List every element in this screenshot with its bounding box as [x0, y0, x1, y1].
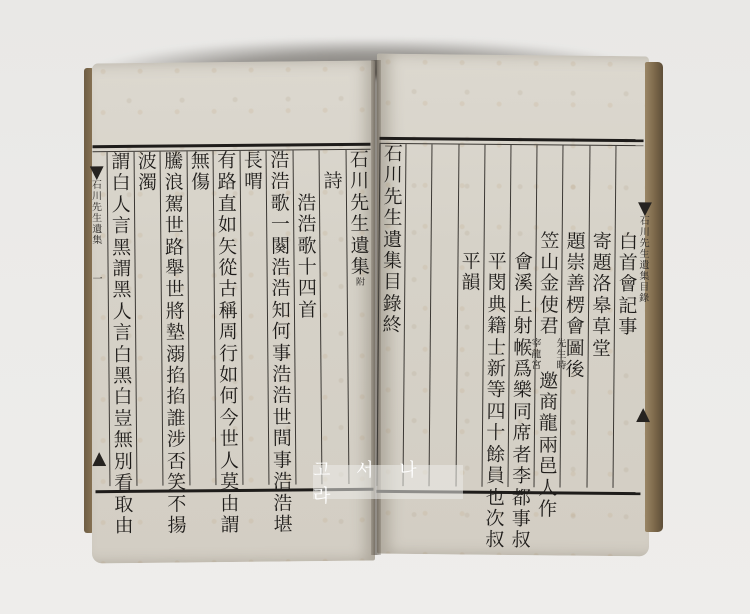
block-center-page-marker: 一 — [93, 274, 103, 285]
glyph: 樂 — [510, 380, 534, 402]
glyph: 遺 — [348, 235, 372, 257]
glyph: 看 — [112, 473, 136, 495]
glyph: 謂 — [109, 152, 133, 174]
glyph: 也 — [483, 487, 507, 509]
text-column: 寄題洛皋草堂 — [586, 146, 616, 488]
glyph: 取 — [112, 494, 136, 516]
glyph: 宰 — [524, 338, 548, 349]
glyph: 何 — [269, 322, 293, 344]
glyph: 新 — [484, 359, 508, 381]
glyph: 事 — [509, 509, 533, 531]
glyph: 平 — [459, 252, 483, 274]
glyph: 崇 — [564, 253, 588, 275]
glyph: 直 — [215, 194, 239, 216]
glyph: 四 — [295, 279, 319, 301]
glyph: 如 — [215, 215, 239, 237]
right-text-frame: 石川先生遺集目錄終 平韻 平閔典籍士新等四十餘員也次叔 會溪上射帿爲樂同席者李都… — [376, 137, 643, 495]
fishtail-top-icon — [90, 166, 104, 180]
right-columns: 石川先生遺集目錄終 平韻 平閔典籍士新等四十餘員也次叔 會溪上射帿爲樂同席者李都… — [380, 140, 644, 142]
text-column: 平韻 — [455, 145, 485, 487]
glyph: 浩 — [269, 258, 293, 280]
glyph: 射 — [511, 316, 535, 338]
glyph: 叔 — [483, 530, 507, 552]
block-center-title: 石川先生遺集目錄 — [639, 216, 650, 304]
glyph: 言 — [109, 216, 133, 238]
glyph: 同 — [510, 402, 534, 424]
glyph: 石 — [381, 144, 405, 166]
glyph: 寄 — [590, 231, 614, 253]
glyph: 間 — [270, 429, 294, 451]
glyph: 古 — [216, 279, 240, 301]
glyph: 都 — [509, 488, 533, 510]
glyph: 金 — [537, 274, 561, 296]
glyph: 不 — [165, 494, 189, 516]
glyph: 駕 — [162, 194, 186, 216]
glyph: 濁 — [135, 173, 159, 195]
glyph: 事 — [269, 343, 293, 365]
glyph: 邑 — [536, 457, 560, 479]
glyph: 涉 — [164, 430, 188, 452]
glyph: 知 — [269, 300, 293, 322]
glyph: 浩 — [271, 472, 295, 494]
glyph: 川 — [347, 171, 371, 193]
glyph: 浪 — [162, 173, 186, 195]
glyph: 平 — [485, 252, 509, 274]
glyph: 員 — [483, 466, 507, 488]
glyph: 集 — [380, 251, 404, 273]
glyph: 矢 — [216, 237, 240, 259]
glyph: 楞 — [563, 295, 587, 317]
left-columns: 謂白人言黑謂黑人言白黑白豈無別看取由波濁騰浪駕世路舉世將墊溺掐掐誰涉否笑不揚無傷… — [93, 146, 371, 148]
left-block-center: 石川先生遺集 一 — [89, 166, 108, 466]
glyph: 稱 — [216, 301, 240, 323]
annotation-note: 附 — [356, 278, 365, 288]
glyph: 溺 — [163, 344, 187, 366]
glyph: 善 — [564, 274, 588, 296]
glyph: 龍 — [536, 414, 560, 436]
glyph: 浩 — [270, 365, 294, 387]
glyph: 掐 — [164, 387, 188, 409]
glyph: 圖 — [563, 338, 587, 360]
text-column: 石川先生遺集附 — [345, 150, 375, 484]
glyph: 有 — [215, 151, 239, 173]
text-column: 浩浩歌一闋浩浩知何事浩浩世間事浩浩堪 — [266, 150, 296, 484]
glyph: 堪 — [271, 514, 295, 536]
glyph: 浩 — [271, 493, 295, 515]
glyph: 堂 — [589, 338, 613, 360]
glyph: 歌 — [295, 236, 319, 258]
glyph: 將 — [163, 301, 187, 323]
glyph: 題 — [564, 231, 588, 253]
glyph: 集 — [348, 257, 372, 279]
text-column — [429, 144, 459, 486]
glyph: 浩 — [295, 214, 319, 236]
glyph: 商 — [536, 392, 560, 414]
text-column: 浩浩歌十四首 — [292, 150, 322, 484]
watermark: 고 서 나 라 — [313, 465, 463, 499]
glyph: 莫 — [218, 472, 242, 494]
glyph: 謂 — [218, 515, 242, 537]
glyph: 使 — [537, 295, 561, 317]
glyph: 騰 — [162, 151, 186, 173]
glyph: 揚 — [165, 515, 189, 537]
glyph: 川 — [381, 165, 405, 187]
text-column: 笠山金使君先生時宰龍宮邀商龍兩邑人作 — [534, 145, 564, 487]
fishtail-top-icon — [638, 202, 652, 216]
glyph: 無 — [188, 151, 212, 173]
glyph: 誰 — [164, 408, 188, 430]
glyph: 皋 — [590, 296, 614, 318]
right-block-center: 石川先生遺集目錄 — [635, 202, 653, 422]
glyph: 否 — [164, 451, 188, 473]
glyph: 山 — [538, 252, 562, 274]
glyph: 世 — [217, 429, 241, 451]
glyph: 如 — [217, 365, 241, 387]
text-column: 無傷 — [186, 151, 216, 485]
glyph: 草 — [589, 317, 613, 339]
glyph: 墊 — [163, 323, 187, 345]
glyph: 上 — [511, 295, 535, 317]
glyph: 李 — [510, 466, 534, 488]
glyph: 兩 — [536, 435, 560, 457]
text-column: 有路直如矢從古稱周行如何今世人莫由謂 — [213, 151, 243, 485]
glyph: 洛 — [590, 274, 614, 296]
text-column: 平閔典籍士新等四十餘員也次叔 — [481, 145, 511, 487]
glyph: 黑 — [110, 237, 134, 259]
glyph: 目 — [380, 272, 404, 294]
glyph: 黑 — [111, 366, 135, 388]
fishtail-bottom-icon — [92, 452, 106, 466]
glyph: 籍 — [485, 316, 509, 338]
glyph: 生 — [348, 214, 372, 236]
glyph: 石 — [347, 150, 371, 172]
glyph: 波 — [135, 152, 159, 174]
glyph: 事 — [270, 450, 294, 472]
glyph: 人 — [109, 195, 133, 217]
glyph: 龍 — [524, 349, 548, 360]
text-column: 題崇善楞會圖後 — [560, 145, 590, 487]
glyph: 謂 — [110, 259, 134, 281]
left-text-frame: 石川先生遺集 一 謂白人言黑謂黑人言白黑白豈無別看取由波濁騰浪駕世路舉世將墊溺掐… — [92, 143, 373, 493]
text-column: 詩 — [319, 150, 349, 484]
glyph: 一 — [268, 215, 292, 237]
glyph: 世 — [270, 407, 294, 429]
glyph: 言 — [110, 323, 134, 345]
glyph: 何 — [217, 386, 241, 408]
glyph: 舉 — [163, 258, 187, 280]
glyph: 後 — [563, 360, 587, 382]
glyph: 生 — [381, 208, 405, 230]
glyph: 行 — [216, 344, 240, 366]
glyph: 闋 — [269, 236, 293, 258]
fishtail-bottom-icon — [636, 408, 650, 422]
glyph: 邀 — [537, 371, 561, 393]
glyph: 四 — [484, 402, 508, 424]
glyph: 白 — [109, 173, 133, 195]
glyph: 由 — [112, 516, 136, 538]
glyph: 今 — [217, 408, 241, 430]
glyph: 典 — [485, 295, 509, 317]
glyph: 次 — [483, 509, 507, 531]
glyph: 人 — [110, 302, 134, 324]
glyph: 會 — [563, 317, 587, 339]
glyph: 君 — [537, 316, 561, 338]
glyph: 十 — [484, 423, 508, 445]
glyph: 別 — [111, 452, 135, 474]
glyph: 席 — [510, 423, 534, 445]
glyph: 韻 — [459, 273, 483, 295]
glyph: 等 — [484, 380, 508, 402]
glyph: 浩 — [268, 172, 292, 194]
glyph: 浩 — [268, 150, 292, 172]
glyph: 先 — [381, 187, 405, 209]
glyph: 餘 — [484, 444, 508, 466]
text-column: 騰浪駕世路舉世將墊溺掐掐誰涉否笑不揚 — [160, 151, 190, 485]
glyph: 終 — [380, 315, 404, 337]
glyph: 世 — [162, 216, 186, 238]
block-center-title: 石川先生遺集 — [92, 180, 103, 246]
glyph: 笠 — [538, 231, 562, 253]
glyph: 浩 — [269, 279, 293, 301]
glyph: 由 — [218, 493, 242, 515]
text-column: 謂白人言黑謂黑人言白黑白豈無別看取由 — [107, 152, 137, 486]
open-book: 石川先生遺集 一 謂白人言黑謂黑人言白黑白豈無別看取由波濁騰浪駕世路舉世將墊溺掐… — [0, 0, 750, 614]
glyph: 黑 — [110, 280, 134, 302]
glyph: 錄 — [380, 294, 404, 316]
glyph: 叔 — [509, 530, 533, 552]
glyph: 喟 — [241, 172, 265, 194]
glyph: 周 — [216, 322, 240, 344]
glyph: 浩 — [295, 193, 319, 215]
glyph: 白 — [111, 387, 135, 409]
glyph: 十 — [295, 257, 319, 279]
glyph: 人 — [217, 451, 241, 473]
glyph: 從 — [216, 258, 240, 280]
glyph: 者 — [510, 445, 534, 467]
glyph: 作 — [535, 499, 559, 521]
glyph: 長 — [241, 151, 265, 173]
glyph: 笑 — [165, 472, 189, 494]
glyph: 傷 — [188, 173, 212, 195]
glyph: 詩 — [321, 171, 345, 193]
glyph: 先 — [348, 193, 372, 215]
glyph: 豈 — [111, 409, 135, 431]
glyph: 掐 — [164, 365, 188, 387]
glyph: 溪 — [511, 273, 535, 295]
glyph: 路 — [163, 237, 187, 259]
glyph: 白 — [110, 345, 134, 367]
text-column: 長喟 — [239, 151, 269, 485]
glyph: 路 — [215, 172, 239, 194]
glyph: 會 — [511, 252, 535, 274]
text-column: 波濁 — [133, 152, 163, 486]
glyph: 無 — [111, 430, 135, 452]
glyph: 遺 — [381, 229, 405, 251]
glyph: 世 — [163, 280, 187, 302]
glyph: 閔 — [485, 273, 509, 295]
glyph: 士 — [485, 337, 509, 359]
glyph: 浩 — [270, 386, 294, 408]
glyph: 歌 — [268, 193, 292, 215]
glyph: 首 — [296, 300, 320, 322]
glyph: 人 — [536, 478, 560, 500]
glyph: 宮 — [524, 360, 548, 371]
glyph: 題 — [590, 253, 614, 275]
